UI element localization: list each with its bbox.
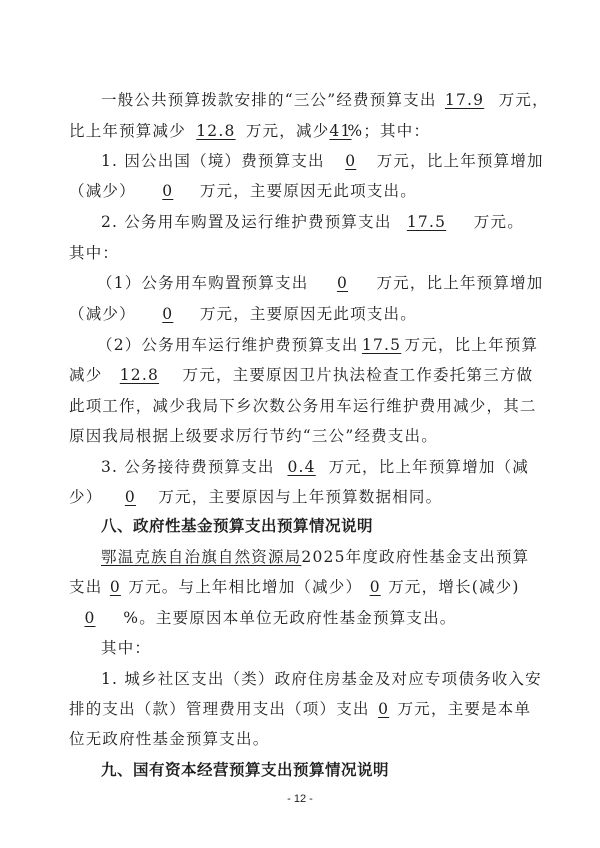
section8-sub1-line2: 排的支出（款）管理费用支出（项）支出0万元，主要是本单 (69, 699, 539, 719)
item2-2-line2: 减少12.8 万元，主要原因卫片执法检查工作委托第三方做 (69, 365, 539, 385)
item2-1-line1: （1）公务用车购置预算支出0万元，比上年预算增加 (97, 273, 567, 293)
sub1-value: 0 (370, 699, 398, 719)
text: 排的支出（款）管理费用支出（项）支出 (69, 700, 370, 718)
text: 万元，减少 (246, 122, 330, 140)
item2-2-line4: 原因我局根据上级要求厉行节约“三公”经费支出。 (69, 426, 539, 446)
text: 万元，比上年预算增加 (376, 274, 543, 292)
section9-heading: 九、国有资本经营预算支出预算情况说明 (101, 760, 571, 780)
text: 万元， (499, 91, 549, 109)
text: 此项工作，减少我局下乡次数公务用车运行维护费用减少，其二 (69, 397, 537, 415)
text: 万元，主要原因无此项支出。 (200, 182, 417, 200)
item3-value: 0.4 (275, 457, 329, 477)
text: 万元，主要原因无此项支出。 (200, 305, 417, 323)
sangong-summary-line2: 比上年预算减少12.8万元，减少41%；其中： (69, 121, 539, 141)
text: 少） (69, 488, 102, 506)
text: 万元。与上年相比增加（减少） (128, 578, 362, 596)
section8-sub-label: 其中： (101, 638, 571, 658)
text: %。主要原因本单位无政府性基金预算支出。 (123, 609, 456, 627)
item3-line1: 3. 公务接待费预算支出0.4万元，比上年预算增加（减 (101, 457, 571, 477)
section8-line2: 支出0万元。与上年相比增加（减少）0万元，增长(减少) (69, 577, 539, 597)
text: 支出 (69, 578, 102, 596)
fund-expense-value: 0 (102, 577, 128, 597)
item1-value: 0 (325, 151, 377, 171)
section8-sub1-line3: 位无政府性基金预算支出。 (69, 729, 539, 749)
item2-1-change-value: 0 (136, 304, 200, 324)
text: 1. 城乡社区支出（类）政府住房基金及对应专项债务收入安 (101, 670, 542, 688)
unit-name: 鄂温克族自治旗自然资源局 (101, 547, 301, 567)
item2-2-decrease-value: 12.8 (102, 365, 176, 385)
sangong-decrease-percent: 41 (329, 121, 347, 141)
section8-heading: 八、政府性基金预算支出预算情况说明 (101, 516, 571, 536)
text: 1. 因公出国（境）费预算支出 (101, 152, 325, 170)
text: 万元，主要原因卫片执法检查工作委托第三方做 (183, 366, 534, 384)
text: 万元，增长(减少) (388, 578, 519, 596)
text: 减少 (69, 366, 102, 384)
item3-line2: 少）0万元，主要原因与上年预算数据相同。 (69, 487, 539, 507)
item1-line2: （减少）0万元，主要原因无此项支出。 (69, 181, 539, 201)
text: 万元，比上年预算增加（减 (329, 458, 529, 476)
text: 3. 公务接待费预算支出 (101, 458, 275, 476)
text: 其中： (69, 244, 119, 262)
text: 万元，主要是本单 (398, 700, 532, 718)
text: 原因我局根据上级要求厉行节约“三公”经费支出。 (69, 427, 438, 445)
item3-change-value: 0 (102, 487, 158, 507)
text: 万元，比上年预算增加 (377, 152, 544, 170)
section8-line1: 鄂温克族自治旗自然资源局2025年度政府性基金支出预算 (101, 547, 571, 567)
item2-2-line3: 此项工作，减少我局下乡次数公务用车运行维护费用减少，其二 (69, 396, 539, 416)
sangong-total-value: 17.9 (437, 90, 493, 110)
item2-1-value: 0 (308, 273, 376, 293)
item1-change-value: 0 (136, 181, 200, 201)
item2-line1: 2. 公务用车购置及运行维护费预算支出17.5 万元。 (101, 212, 571, 232)
text: 2. 公务用车购置及运行维护费预算支出 (101, 213, 392, 231)
text: （减少） (69, 182, 136, 200)
text: （1）公务用车购置预算支出 (97, 274, 308, 292)
page-number: - 12 - (0, 793, 600, 805)
item2-2-value: 17.5 (359, 335, 405, 355)
item2-1-line2: （减少）0万元，主要原因无此项支出。 (69, 304, 539, 324)
text: %；其中： (347, 122, 430, 140)
text: 万元。 (474, 213, 524, 231)
sangong-decrease-value: 12.8 (186, 121, 246, 141)
section8-sub1-line1: 1. 城乡社区支出（类）政府住房基金及对应专项债务收入安 (101, 669, 571, 689)
text: 2025年度政府性基金支出预算 (301, 548, 529, 566)
text: 比上年预算减少 (69, 122, 186, 140)
text: 万元，主要原因与上年预算数据相同。 (158, 488, 442, 506)
text: （减少） (69, 305, 136, 323)
item2-line2: 其中： (69, 243, 539, 263)
sangong-summary-line1: 一般公共预算拨款安排的“三公”经费预算支出17.9 万元， (101, 90, 571, 110)
text: 万元，比上年预算 (405, 336, 539, 354)
section8-line3: 0 %。主要原因本单位无政府性基金预算支出。 (69, 608, 539, 628)
text: 位无政府性基金预算支出。 (69, 730, 269, 748)
item1-line1: 1. 因公出国（境）费预算支出0万元，比上年预算增加 (101, 151, 571, 171)
fund-change-value: 0 (362, 577, 388, 597)
text: 一般公共预算拨款安排的“三公”经费预算支出 (101, 91, 437, 109)
text: （2）公务用车运行维护费预算支出 (97, 336, 359, 354)
fund-change-percent: 0 (69, 608, 111, 628)
item2-2-line1: （2）公务用车运行维护费预算支出17.5万元，比上年预算 (97, 335, 567, 355)
item2-value: 17.5 (392, 212, 462, 232)
